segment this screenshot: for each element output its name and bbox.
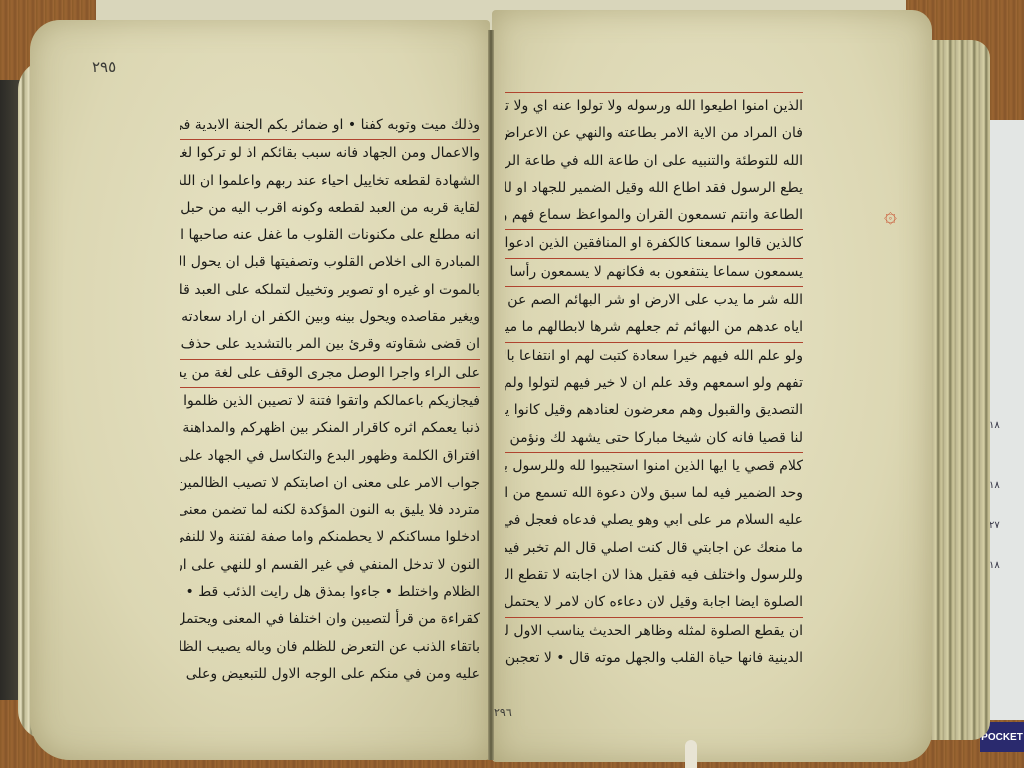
manuscript-line: والاعمال ومن الجهاد فانه سبب بقائكم اذ ل… (180, 139, 480, 167)
manuscript-line: كلام قصي يا ايها الذين امنوا استجيبوا لل… (505, 452, 803, 480)
manuscript-line: النون لا تدخل المنفي في غير القسم او للن… (180, 552, 480, 579)
manuscript-line: على الراء واجرا الوصل مجرى الوقف على لغة… (180, 359, 480, 387)
manuscript-line: يطع الرسول فقد اطاع الله وقيل الضمير للج… (505, 175, 803, 202)
sheet-entry: ٢٧ (989, 520, 1000, 531)
manuscript-line: بالموت او غيره او تصوير وتخييل لتملكه عل… (180, 277, 480, 304)
folio-number: ٢٩٥ (92, 58, 116, 76)
manuscript-line: ان يقطع الصلوة لمثله وظاهر الحديث يناسب … (505, 617, 803, 645)
notes-sheet: ١٨ ١٨ ٢٧ ١٨ (984, 120, 1024, 720)
manuscript-line: انه مطلع على مكنونات القلوب ما غفل عنه ص… (180, 222, 480, 249)
manuscript-line: ان قضى شقاوته وقرئ بين المر بالتشديد على… (180, 331, 480, 358)
sheet-entry: ١٨ (989, 480, 1000, 491)
manuscript-line: وذلك ميت وتوبه كفنا • او ضمائر بكم الجنة… (180, 112, 480, 139)
manuscript-line: الدينية فانها حياة القلب والجهل موته قال… (505, 645, 803, 672)
catchword: ٢٩٦ (494, 706, 512, 719)
sheet-entry: ١٨ (989, 560, 1000, 571)
manuscript-line: افتراق الكلمة وظهور البدع والتكاسل في ال… (180, 443, 480, 470)
manuscript-line: ولو علم الله فيهم خيرا سعادة كتبت لهم او… (505, 342, 803, 370)
manuscript-line: فيجازيكم باعمالكم واتقوا فتنة لا تصيبن ا… (180, 387, 480, 415)
manuscript-line: عليه ومن في منكم على الوجه الاول للتبعيض… (180, 661, 480, 688)
manuscript-line: الشهادة لقطعه تخاييل احياء عند ربهم واعل… (180, 168, 480, 195)
manuscript-line: كقراءة من قرأ لتصيبن وان اختلفا في المعن… (180, 606, 480, 633)
manuscript-line: الله للتوطئة والتنبيه على ان طاعة الله ف… (505, 148, 803, 175)
manuscript-line: باتقاء الذنب عن التعرض للظلم فان وباله ي… (180, 634, 480, 661)
book-gutter (488, 30, 494, 760)
manuscript-line: ذنبا يعمكم اثره كاقرار المنكر بين اظهركم… (180, 415, 480, 442)
manuscript-line: الذين امنوا اطيعوا الله ورسوله ولا تولوا… (505, 92, 803, 120)
manuscript-line: جواب الامر على معنى ان اصابتكم لا تصيب ا… (180, 470, 480, 497)
manuscript-line: وللرسول واختلف فيه فقيل هذا لان اجابته ل… (505, 562, 803, 589)
manuscript-line: اياه عدهم من البهائم ثم جعلهم شرها لابطا… (505, 314, 803, 341)
bookmark-ribbon (685, 740, 697, 768)
manuscript-line: لنا قصيا فانه كان شيخا مباركا حتى يشهد ل… (505, 425, 803, 452)
manuscript-line: الطاعة وانتم تسمعون القران والمواعظ سماع… (505, 202, 803, 229)
manuscript-line: الصلوة ايضا اجابة وقيل لان دعاءه كان لام… (505, 589, 803, 616)
manuscript-line: كالذين قالوا سمعنا كالكفرة او المنافقين … (505, 229, 803, 257)
manuscript-line: ما منعك عن اجابتي قال كنت اصلي قال الم ت… (505, 535, 803, 562)
manuscript-line: التصديق والقبول وهم معرضون لعنادهم وقيل … (505, 397, 803, 424)
manuscript-line: الظلام واختلط • جاءوا بمذق هل رايت الذئب… (180, 579, 480, 606)
manuscript-line: عليه السلام مر على ابي وهو يصلي فدعاه فع… (505, 507, 803, 534)
left-page-text: وذلك ميت وتوبه كفنا • او ضمائر بكم الجنة… (180, 112, 480, 688)
manuscript-line: وحد الضمير فيه لما سبق ولان دعوة الله تس… (505, 480, 803, 507)
manuscript-line: ويغير مقاصده ويحول بينه وبين الكفر ان ار… (180, 304, 480, 331)
marginal-ornament-icon: ۞ (884, 203, 897, 228)
manuscript-line: تفهم ولو اسمعهم وقد علم ان لا خير فيهم ل… (505, 370, 803, 397)
manuscript-line: متردد فلا يليق به النون المؤكدة لكنه لما… (180, 497, 480, 524)
sheet-entry: ١٨ (989, 420, 1000, 431)
manuscript-line: لقاية قربه من العبد لقطعه وكونه اقرب الي… (180, 195, 480, 222)
manuscript-line: يسمعون سماعا ينتفعون به فكانهم لا يسمعون… (505, 258, 803, 286)
right-page-text: الذين امنوا اطيعوا الله ورسوله ولا تولوا… (505, 92, 803, 672)
manuscript-line: ادخلوا مساكنكم لا يحطمنكم واما صفة لفتنة… (180, 524, 480, 551)
manuscript-line: الله شر ما يدب على الارض او شر البهائم ا… (505, 286, 803, 314)
manuscript-line: فان المراد من الاية الامر بطاعته والنهي … (505, 120, 803, 147)
manuscript-line: المبادرة الى اخلاص القلوب وتصفيتها قبل ا… (180, 249, 480, 276)
